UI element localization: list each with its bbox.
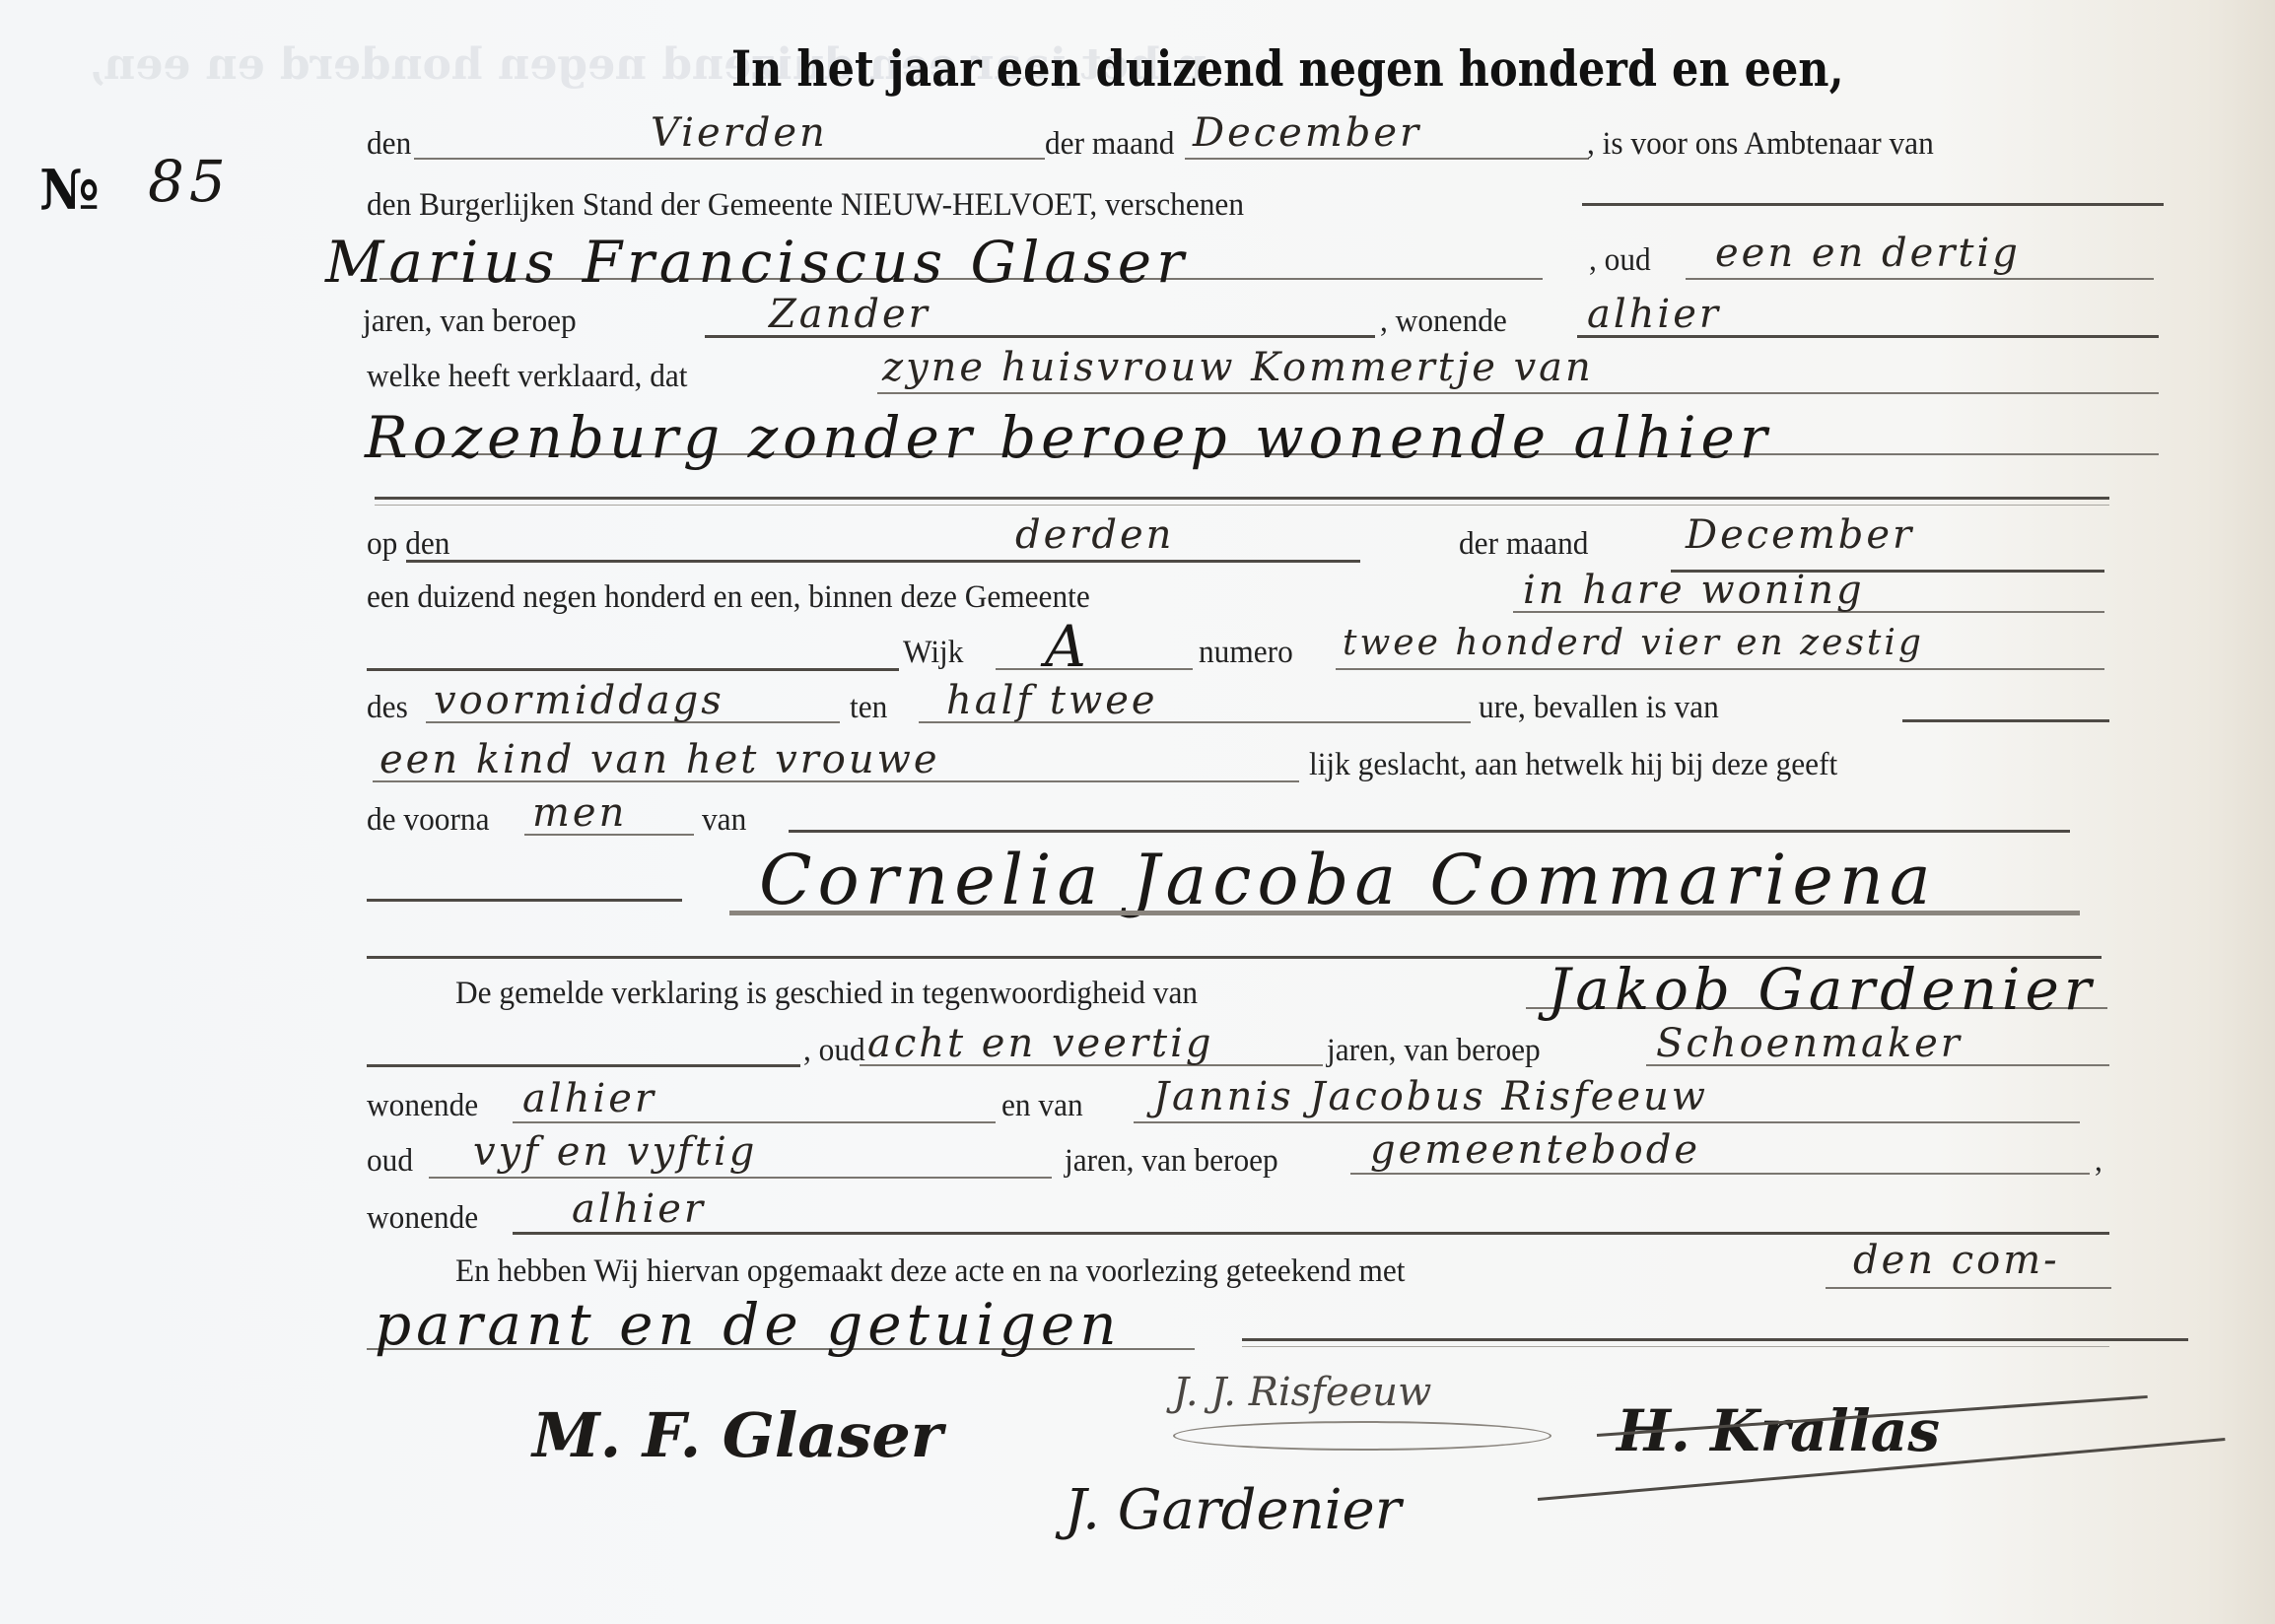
text-jaar-gemeente: een duizend negen honderd en een, binnen…: [367, 579, 1090, 616]
text-bevallen: ure, bevallen is van: [1479, 690, 1719, 726]
text-oud: , oud: [1589, 242, 1651, 279]
blank-line: [375, 497, 2109, 500]
text-oud-2: , oud: [803, 1033, 865, 1069]
text-hebben-wij: En hebben Wij hiervan opgemaakt deze act…: [455, 1253, 1405, 1290]
text-numero: numero: [1199, 635, 1293, 671]
fill-line: [429, 1177, 1052, 1179]
text-comma: ,: [2095, 1143, 2103, 1180]
signature-witness2: J. J. Risfeeuw: [1173, 1370, 1431, 1415]
fill-line: [1134, 1121, 2080, 1123]
text-gemelde-verklaring: De gemelde verklaring is geschied in teg…: [455, 976, 1198, 1012]
handwritten-wijk: A: [1045, 613, 1091, 680]
handwritten-occupation: Zander: [769, 292, 931, 337]
text-wonende: , wonende: [1380, 304, 1507, 340]
handwritten-witness2-age: vyf en vyftig: [473, 1129, 757, 1175]
fill-line: [406, 560, 1360, 563]
handwritten-witness2-occupation: gemeentebode: [1370, 1127, 1700, 1173]
handwritten-day: Vierden: [651, 110, 828, 156]
signature-witness1: J. Gardenier: [1065, 1478, 1401, 1542]
handwritten-wife-cont: Rozenburg zonder beroep wonende alhier: [365, 404, 1772, 471]
fill-line: [1826, 1287, 2111, 1289]
certificate-number: 85: [148, 148, 231, 215]
text-welke-heeft-verklaard: welke heeft verklaard, dat: [367, 359, 688, 395]
fill-line: [1582, 203, 2164, 206]
text-jaren-beroep-3: jaren, van beroep: [1065, 1143, 1278, 1180]
handwritten-birth-month: December: [1686, 512, 1914, 558]
text-des: des: [367, 690, 408, 726]
handwritten-residence: alhier: [1587, 292, 1721, 337]
text-ambtenaar: , is voor ons Ambtenaar van: [1587, 126, 1934, 163]
handwritten-witness2-name: Jannis Jacobus Risfeeuw: [1153, 1074, 1708, 1119]
text-wonende-3: wonende: [367, 1200, 478, 1237]
handwritten-witness1-residence: alhier: [522, 1076, 656, 1121]
blank-line: [1242, 1346, 2109, 1347]
text-jaren-beroep: jaren, van beroep: [363, 304, 577, 340]
text-geslacht: lijk geslacht, aan hetwelk hij bij deze …: [1309, 747, 1837, 783]
fill-line: [513, 1232, 2109, 1235]
birth-certificate-page: n het jaar een duizend negen honderd en …: [0, 0, 2275, 1624]
handwritten-wife: zyne huisvrouw Kommertje van: [882, 345, 1594, 390]
handwritten-age: een en dertig: [1715, 231, 2021, 276]
fill-line: [1902, 719, 2109, 722]
text-voorna: de voorna: [367, 802, 489, 839]
text-jaren-beroep-2: jaren, van beroep: [1327, 1033, 1541, 1069]
handwritten-witness2-residence: alhier: [572, 1186, 706, 1232]
text-en-van: en van: [1001, 1088, 1083, 1124]
text-der-maand-2: der maand: [1459, 526, 1588, 563]
fill-line: [1185, 158, 1589, 160]
text-wijk: Wijk: [903, 635, 963, 671]
fill-line: [367, 1064, 800, 1067]
handwritten-child-name: Cornelia Jacoba Commariena: [759, 840, 1937, 920]
text-op-den: op den: [367, 526, 449, 563]
handwritten-signed-with-cont: parant en de getuigen: [375, 1291, 1122, 1358]
handwritten-place: in hare woning: [1523, 568, 1865, 613]
fill-line: [877, 392, 2159, 394]
blank-line: [1242, 1338, 2188, 1341]
handwritten-hour: half twee: [946, 678, 1158, 723]
fill-line: [996, 668, 1193, 670]
handwritten-child-sex: een kind van het vrouwe: [379, 737, 940, 782]
handwritten-signed-with: den com-: [1853, 1238, 2060, 1283]
handwritten-house-number: twee honderd vier en zestig: [1343, 623, 1924, 663]
handwritten-witness1-name: Jakob Gardenier: [1548, 956, 2097, 1023]
document-title: In het jaar een duizend negen honderd en…: [731, 39, 1844, 98]
fill-line: [367, 899, 682, 902]
signature-father: M. F. Glaser: [532, 1399, 942, 1471]
text-den: den: [367, 126, 411, 163]
name-underline: [729, 911, 2080, 915]
fill-line: [1336, 668, 2104, 670]
handwritten-witness1-age: acht en veertig: [867, 1021, 1213, 1066]
text-der-maand: der maand: [1045, 126, 1174, 163]
signature-flourish: [1173, 1421, 1551, 1451]
text-oud-3: oud: [367, 1143, 413, 1180]
number-label: №: [39, 158, 100, 223]
handwritten-declarant-name: Marius Franciscus Glaser: [325, 229, 1189, 296]
fill-line: [1686, 278, 2154, 280]
handwritten-witness1-occupation: Schoenmaker: [1656, 1021, 1963, 1066]
text-wonende-2: wonende: [367, 1088, 478, 1124]
text-ten: ten: [850, 690, 887, 726]
fill-line: [789, 830, 2070, 833]
fill-line: [1350, 1173, 2090, 1175]
handwritten-time-of-day: voormiddags: [434, 678, 724, 723]
fill-line: [367, 668, 899, 671]
fill-line: [414, 158, 1045, 160]
blank-line: [375, 505, 2109, 506]
handwritten-birth-day: derden: [1015, 512, 1174, 558]
text-burgerlijke-stand: den Burgerlijken Stand der Gemeente NIEU…: [367, 187, 1244, 224]
handwritten-month: December: [1193, 110, 1421, 156]
fill-line: [513, 1121, 996, 1123]
text-van: van: [702, 802, 746, 839]
handwritten-men: men: [532, 790, 627, 836]
